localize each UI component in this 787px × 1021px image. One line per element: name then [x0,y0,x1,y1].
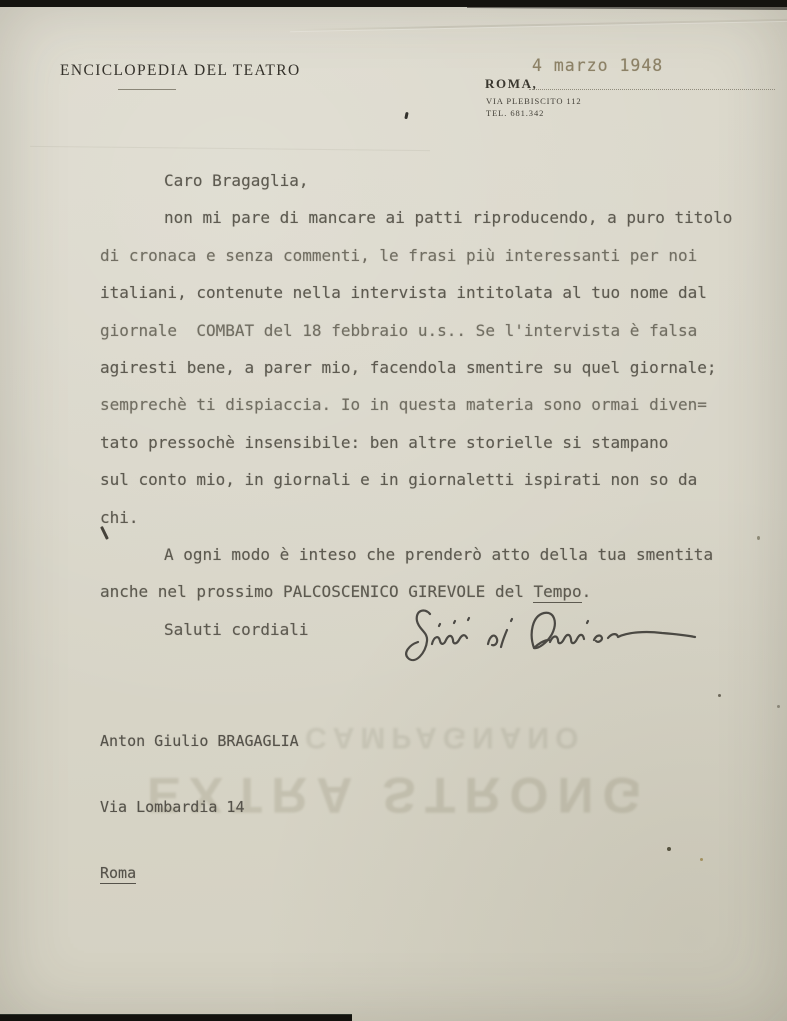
letter-line: tato pressochè insensibile: ben altre st… [100,428,760,465]
letter-line: semprechè ti dispiaccia. Io in questa ma… [100,390,760,427]
date-dotted-line [529,80,775,90]
letter-line: agiresti bene, a parer mio, facendola sm… [100,353,760,390]
letter-line: chi. [100,503,760,540]
recipient-block: Anton Giulio BRAGAGLIA Via Lombardia 14 … [100,686,299,928]
paper-speck [757,536,760,540]
letterhead-rule [118,89,176,90]
letterhead-title: ENCICLOPEDIA DEL TEATRO [60,62,301,80]
recipient-name: Anton Giulio BRAGAGLIA [100,730,299,752]
signature [366,604,701,674]
letter-line-text: anche nel prossimo PALCOSCENICO GIREVOLE… [100,582,533,601]
paper-speck [777,705,780,708]
watermark-brand: CAMPAGNANO [305,720,584,754]
typed-date: 4 marzo 1948 [532,56,663,75]
paper-crease-highlight [290,21,787,32]
scan-edge-top-shadow [467,5,787,10]
letter-line: di cronaca e senza commenti, le frasi pi… [100,241,760,278]
paper-crease [30,146,430,151]
paper-speck [700,858,703,861]
underlined-word: Tempo [533,582,581,603]
letter-line: giornale COMBAT del 18 febbraio u.s.. Se… [100,316,760,353]
recipient-city: Roma [100,864,136,884]
letterhead-phone: TEL. 681.342 [486,108,544,118]
salutation: Caro Bragaglia, [100,166,760,203]
letter-line-suffix: . [582,582,592,601]
paper-speck [718,694,721,697]
scan-edge-bottom [0,1014,352,1021]
ink-speck [404,112,408,119]
letter-line: italiani, contenute nella intervista int… [100,278,760,315]
paper-speck [667,847,671,851]
letter-line: A ogni modo è inteso che prenderò atto d… [100,540,760,577]
letterhead-address: VIA PLEBISCITO 112 [486,96,582,106]
letter-line: non mi pare di mancare ai patti riproduc… [100,203,760,240]
recipient-street: Via Lombardia 14 [100,796,299,818]
letter-line: sul conto mio, in giornali e in giornale… [100,465,760,502]
scanned-letter-page: CAMPAGNANO EXTRA STRONG ENCICLOPEDIA DEL… [0,0,787,1021]
letter-body: Caro Bragaglia, non mi pare di mancare a… [100,166,760,652]
